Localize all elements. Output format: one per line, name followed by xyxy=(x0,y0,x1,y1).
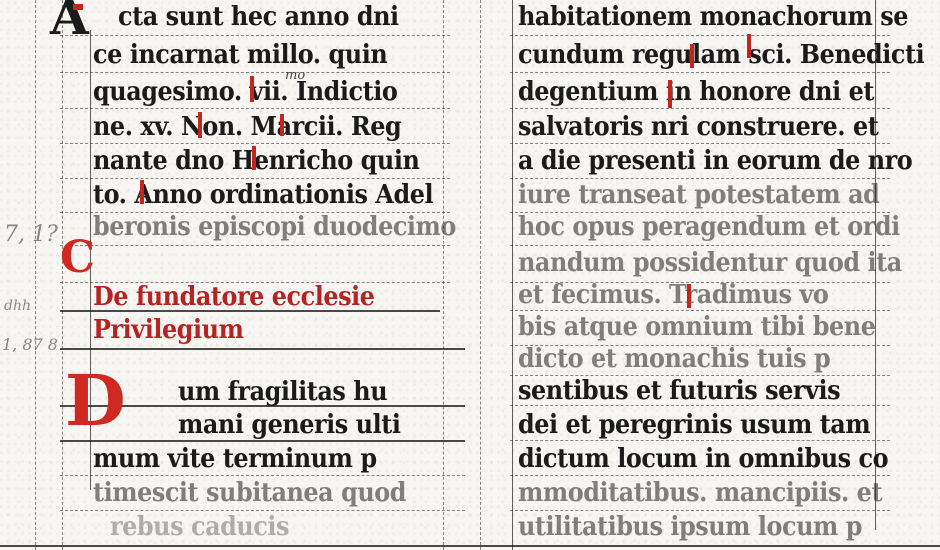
ruling-line xyxy=(510,72,890,73)
ruling-line xyxy=(512,0,513,550)
red-capital-accent xyxy=(668,80,672,108)
rubric-heading: De fundatore ecclesie xyxy=(93,282,375,312)
ruling-line xyxy=(60,72,450,73)
ruling-line xyxy=(60,35,450,36)
ruling-line xyxy=(510,310,890,311)
text-line: mmoditatibus. mancipiis. et xyxy=(518,478,882,508)
text-line: um fragilitas hu xyxy=(178,377,387,407)
ruling-line xyxy=(60,475,465,476)
ruling-line xyxy=(60,108,450,109)
text-line: sentibus et futuris servis xyxy=(518,376,840,406)
ruling-line xyxy=(510,475,890,476)
text-line: nante dno Henricho quin xyxy=(93,146,419,176)
ruling-line xyxy=(60,143,450,144)
text-line: mum vite terminum p xyxy=(93,444,377,474)
ruling-line xyxy=(60,245,450,246)
ruling-line xyxy=(510,108,890,109)
red-capital-accent xyxy=(250,76,254,102)
text-line: quagesimo. vii. Indictio xyxy=(93,77,397,107)
red-capital-accent xyxy=(747,34,751,58)
red-capital-accent xyxy=(690,44,694,68)
text-line: ne. xv. Non. Marcii. Reg xyxy=(93,112,401,142)
text-line: hoc opus peragendum et ordi xyxy=(518,212,900,242)
text-line: dicto et monachis tuis p xyxy=(518,344,830,374)
margin-note: 1, 87 8 xyxy=(2,335,58,354)
ruling-line xyxy=(510,245,890,246)
margin-note: 7, 1? xyxy=(4,222,58,247)
ruling-line xyxy=(510,35,890,36)
ruling-line xyxy=(480,0,481,550)
text-line: nandum possidentur quod ita xyxy=(518,248,902,278)
text-line: bis atque omnium tibi bene xyxy=(518,312,875,342)
text-line: timescit subitanea quod xyxy=(93,478,406,508)
ruling-line xyxy=(60,178,450,179)
text-line: mani generis ulti xyxy=(178,410,400,440)
text-line: utilitatibus ipsum locum p xyxy=(518,512,862,542)
ruling-line xyxy=(510,510,890,511)
initial-c: C xyxy=(60,236,95,280)
text-line: et fecimus. Tradimus vo xyxy=(518,280,828,310)
red-capital-accent xyxy=(687,284,691,308)
text-line: dictum locum in omnibus co xyxy=(518,444,888,474)
text-line: beronis episcopi duodecimo xyxy=(93,212,456,242)
rubric-heading: Privilegium xyxy=(93,315,243,345)
ruling-line xyxy=(60,348,465,350)
text-line: to. Anno ordinationis Adel xyxy=(93,180,433,210)
text-line: degentium in honore dni et xyxy=(518,77,874,107)
text-line: iure transeat potestatem ad xyxy=(518,180,879,210)
red-capital-accent xyxy=(140,180,144,204)
red-capital-accent xyxy=(252,146,256,170)
ruling-line xyxy=(510,143,890,144)
red-capital-accent xyxy=(280,114,284,136)
initial-d: D xyxy=(65,366,126,436)
ruling-line xyxy=(510,178,890,179)
text-line: habitationem monachorum se xyxy=(518,2,908,32)
text-line: cta sunt hec anno dni xyxy=(118,2,399,32)
text-line: cundum regulam sci. Benedicti xyxy=(518,40,924,70)
ruling-line xyxy=(35,0,36,550)
initial-a-red-accent xyxy=(73,4,83,10)
red-capital-accent xyxy=(198,112,202,138)
text-line: salvatoris nri construere. et xyxy=(518,112,878,142)
text-line: dei et peregrinis usum tam xyxy=(518,410,870,440)
ruling-line xyxy=(510,440,890,441)
manuscript-page: 7, 1? dhh 1, 87 8 A C D cta sunt hec ann… xyxy=(0,0,940,550)
text-line: ce incarnat millo. quin xyxy=(93,40,387,70)
ruling-line xyxy=(443,0,444,550)
margin-note: dhh xyxy=(4,298,31,314)
text-line: a die presenti in eorum de nro xyxy=(518,146,912,176)
ruling-line xyxy=(60,510,465,511)
ruling-line xyxy=(0,545,940,547)
text-line: rebus caducis xyxy=(110,512,289,542)
